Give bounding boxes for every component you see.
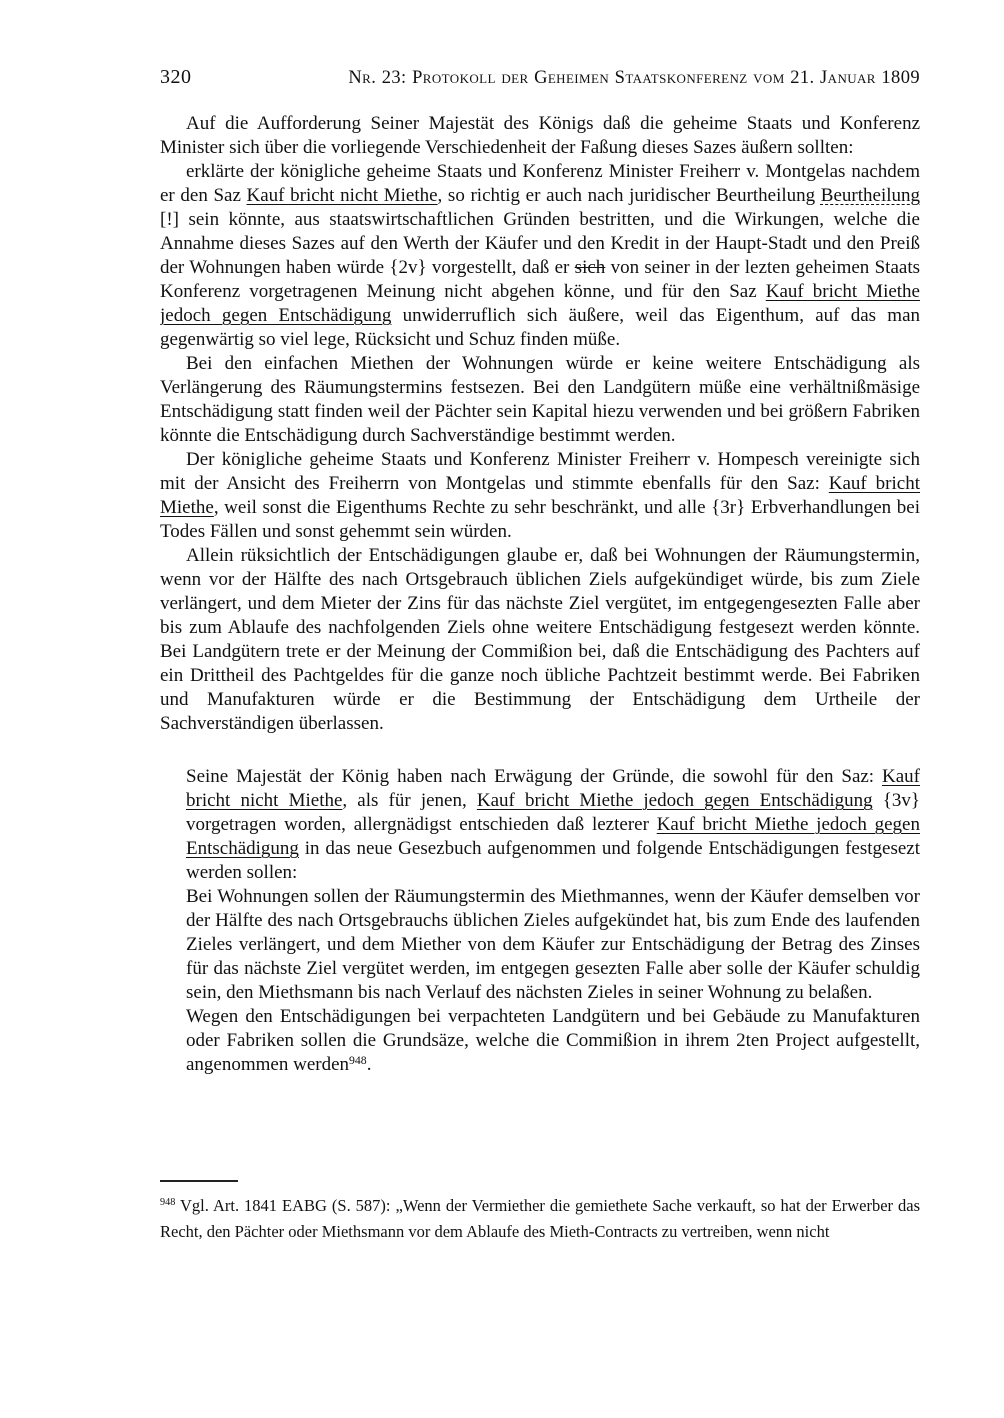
page-header: 320 Nr. 23: Protokoll der Geheimen Staat… — [160, 66, 920, 89]
paragraph: Der königliche geheime Staats und Konfer… — [160, 448, 920, 544]
footnote-separator-rule — [160, 1180, 238, 1182]
paragraph: Wegen den Entschädigungen bei verpachtet… — [186, 1005, 920, 1077]
paragraph: erklärte der königliche geheime Staats u… — [160, 160, 920, 352]
footnote-text: 948 Vgl. Art. 1841 EABG (S. 587): „Wenn … — [160, 1193, 920, 1245]
page-number: 320 — [160, 66, 192, 89]
struck-text: sich — [575, 257, 606, 278]
paragraph: Seine Majestät der König haben nach Erwä… — [186, 765, 920, 885]
book-page: 320 Nr. 23: Protokoll der Geheimen Staat… — [0, 0, 1004, 1418]
paragraph: Allein rüksichtlich der Entschädigungen … — [160, 544, 920, 736]
text-column: 320 Nr. 23: Protokoll der Geheimen Staat… — [160, 66, 920, 1077]
underlined-text: Kauf bricht Miethe jedoch gegen Entschäd… — [477, 790, 873, 811]
footnote-reference: 948 — [349, 1054, 367, 1067]
footnote-section: 948 Vgl. Art. 1841 EABG (S. 587): „Wenn … — [160, 1180, 920, 1245]
text-run: Auf die Aufforderung Seiner Majestät des… — [160, 113, 920, 158]
footnote-reference: 948 — [160, 1197, 175, 1208]
paragraph: 948 Vgl. Art. 1841 EABG (S. 587): „Wenn … — [160, 1193, 920, 1245]
text-run: , als für jenen, — [342, 790, 476, 811]
underlined-text: Kauf bricht nicht Miethe — [247, 185, 438, 206]
text-run: Allein rüksichtlich der Entschädigungen … — [160, 545, 920, 734]
text-run: Bei den einfachen Miethen der Wohnungen … — [160, 353, 920, 446]
dashed-underlined-text: Beurtheilung — [821, 185, 920, 206]
paragraph: Bei Wohnungen sollen der Räumungstermin … — [186, 885, 920, 1005]
text-run: , weil sonst die Eigenthums Rechte zu se… — [160, 497, 920, 542]
text-run: Wegen den Entschädigungen bei verpachtet… — [186, 1006, 920, 1075]
text-run: . — [367, 1054, 372, 1075]
body-text: Auf die Aufforderung Seiner Majestät des… — [160, 112, 920, 1077]
text-run: Bei Wohnungen sollen der Räumungstermin … — [186, 886, 920, 1003]
text-run: Der königliche geheime Staats und Konfer… — [160, 449, 920, 494]
text-run: Vgl. Art. 1841 EABG (S. 587): „Wenn der … — [160, 1196, 920, 1241]
running-head: Nr. 23: Protokoll der Geheimen Staatskon… — [348, 68, 920, 89]
paragraph: Auf die Aufforderung Seiner Majestät des… — [160, 112, 920, 160]
paragraph: Bei den einfachen Miethen der Wohnungen … — [160, 352, 920, 448]
text-run: Seine Majestät der König haben nach Erwä… — [186, 766, 882, 787]
text-run: , so richtig er auch nach juridischer Be… — [438, 185, 821, 206]
